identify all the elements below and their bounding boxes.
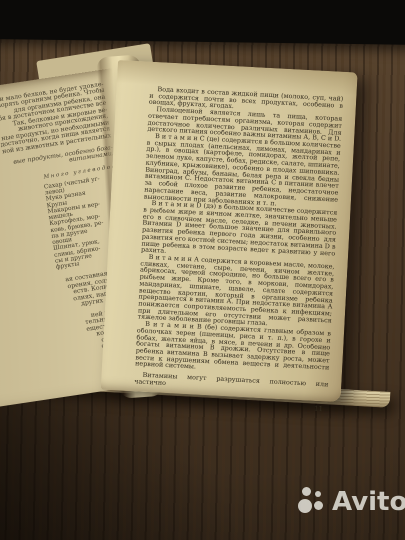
book-right-page: Вода входит в состав жидкой пищи (молоко…: [101, 60, 358, 402]
avito-logo-circle: [302, 487, 311, 496]
avito-logo-icon: [297, 486, 327, 518]
dark-background-band: [0, 0, 405, 45]
avito-logo-circle: [298, 499, 312, 513]
text-line: В и т а м и н С (це) содержится в большо…: [144, 133, 341, 210]
text-line: В и т а м и н А содержится в коровьем ма…: [137, 253, 334, 330]
avito-logo-circle: [315, 491, 321, 497]
right-page-text: Вода входит в состав жидкой пищи (молоко…: [134, 86, 343, 395]
avito-logo-circle: [314, 501, 323, 510]
avito-watermark-label: Avito: [332, 489, 405, 515]
avito-watermark: Avito: [297, 486, 405, 518]
text-line: В и т а м и н В (бе) содержится главным …: [135, 321, 331, 378]
photo-open-book-on-table: и мало белков, не будет удовле-творять о…: [0, 0, 405, 540]
